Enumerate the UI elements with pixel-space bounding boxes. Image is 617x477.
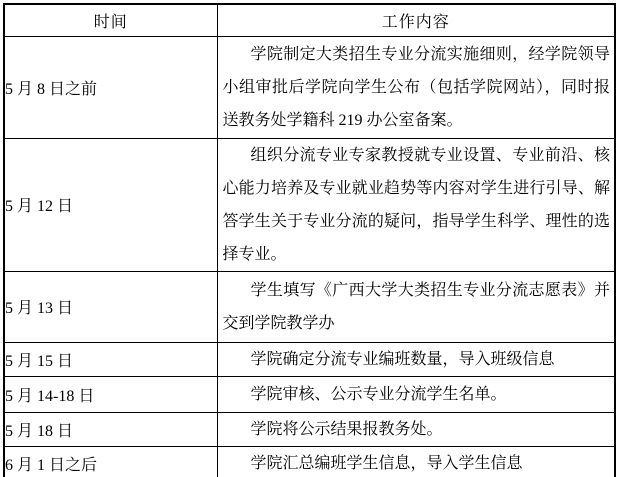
content-text: 学院审核、公示专业分流学生名单。 — [218, 378, 615, 411]
content-cell: 学院制定大类招生专业分流实施细则，经学院领导小组审批后学院向学生公布（包括学院网… — [217, 36, 615, 138]
time-cell: 5 月 15 日 — [4, 342, 217, 376]
content-cell: 学院汇总编班学生信息，导入学生信息 — [217, 446, 615, 477]
time-cell: 5 月 8 日之前 — [4, 36, 217, 138]
time-column-header: 时间 — [4, 4, 217, 36]
schedule-table: 时间 工作内容 5 月 8 日之前 学院制定大类招生专业分流实施细则，经学院领导… — [3, 3, 616, 477]
content-text: 学院将公示结果报教务处。 — [218, 413, 615, 446]
content-cell: 学生填写《广西大学大类招生专业分流志愿表》并交到学院教学办 — [217, 271, 615, 342]
content-column-header: 工作内容 — [217, 4, 615, 36]
time-cell: 5 月 14-18 日 — [4, 376, 217, 412]
time-cell: 5 月 12 日 — [4, 138, 217, 271]
content-text: 组织分流专业专家教授就专业设置、专业前沿、核心能力培养及专业就业趋势等内容对学生… — [218, 139, 615, 271]
table-row: 6 月 1 日之后 学院汇总编班学生信息，导入学生信息 — [4, 446, 615, 477]
content-text: 学院确定分流专业编班数量，导入班级信息 — [218, 343, 615, 376]
table-row: 5 月 8 日之前 学院制定大类招生专业分流实施细则，经学院领导小组审批后学院向… — [4, 36, 615, 138]
content-text: 学院汇总编班学生信息，导入学生信息 — [218, 447, 615, 477]
time-cell: 6 月 1 日之后 — [4, 446, 217, 477]
content-cell: 组织分流专业专家教授就专业设置、专业前沿、核心能力培养及专业就业趋势等内容对学生… — [217, 138, 615, 271]
header-row: 时间 工作内容 — [4, 4, 615, 36]
content-text: 学生填写《广西大学大类招生专业分流志愿表》并交到学院教学办 — [218, 274, 615, 340]
content-cell: 学院审核、公示专业分流学生名单。 — [217, 376, 615, 412]
time-cell: 5 月 13 日 — [4, 271, 217, 342]
table-row: 5 月 12 日 组织分流专业专家教授就专业设置、专业前沿、核心能力培养及专业就… — [4, 138, 615, 271]
table-row: 5 月 14-18 日 学院审核、公示专业分流学生名单。 — [4, 376, 615, 412]
time-cell: 5 月 18 日 — [4, 412, 217, 446]
table-row: 5 月 15 日 学院确定分流专业编班数量，导入班级信息 — [4, 342, 615, 376]
table-row: 5 月 13 日 学生填写《广西大学大类招生专业分流志愿表》并交到学院教学办 — [4, 271, 615, 342]
content-cell: 学院确定分流专业编班数量，导入班级信息 — [217, 342, 615, 376]
document-page: 时间 工作内容 5 月 8 日之前 学院制定大类招生专业分流实施细则，经学院领导… — [0, 0, 617, 477]
content-text: 学院制定大类招生专业分流实施细则，经学院领导小组审批后学院向学生公布（包括学院网… — [218, 38, 615, 137]
table-row: 5 月 18 日 学院将公示结果报教务处。 — [4, 412, 615, 446]
content-cell: 学院将公示结果报教务处。 — [217, 412, 615, 446]
